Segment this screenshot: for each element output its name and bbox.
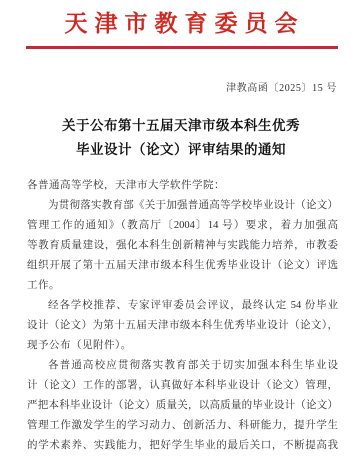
salutation-line: 各普通高等学校，天津市大学软件学院：	[27, 176, 338, 196]
document-reference-number: 津教高函〔2025〕15 号	[0, 82, 362, 96]
document-title: 关于公布第十五届天津市级本科生优秀 毕业设计（论文）评审结果的通知	[0, 114, 362, 162]
body-text-line: 现予公布（见附件）。	[27, 336, 338, 356]
body-text-line: 设计（论文）为第十五届天津市级本科生优秀毕业设计（论文），	[27, 316, 338, 336]
document-page: 天津市教育委员会 津教高函〔2025〕15 号 关于公布第十五届天津市级本科生优…	[0, 0, 362, 466]
body-text-line: 各普通高校应贯彻落实教育部关于切实加强本科生毕业设	[27, 356, 338, 376]
body-text-line: 管理工作的通知》（教高厅〔2004〕14 号）要求，着力加强高	[27, 216, 338, 236]
red-divider-line	[26, 46, 338, 49]
body-text-line: 等教育质量建设，强化本科生创新精神与实践能力培养，市教委	[27, 236, 338, 256]
body-text-line: 为贯彻落实教育部《关于加强普通高等学校毕业设计（论文）	[27, 196, 338, 216]
body-text-line: 计（论文）工作的部署，认真做好本科毕业设计（论文）管理，	[27, 376, 338, 396]
body-text-line: 的学术素养、实践能力，把好学生毕业的最后关口，不断提高我	[27, 436, 338, 456]
issuing-authority-heading: 天津市教育委员会	[0, 9, 362, 39]
paragraph-2: 经各学校推荐、专家评审委员会评议，最终认定 54 份毕业 设计（论文）为第十五届…	[27, 296, 338, 356]
body-text-line: 组织开展了第十五届天津市级本科生优秀毕业设计（论文）评选	[27, 256, 338, 276]
body-text-line: 工作。	[27, 276, 338, 296]
body-text-line: 严把本科毕业设计（论文）质量关，以高质量的毕业设计（论文）	[27, 396, 338, 416]
document-title-line-1: 关于公布第十五届天津市级本科生优秀	[0, 114, 362, 138]
paragraph-1: 为贯彻落实教育部《关于加强普通高等学校毕业设计（论文） 管理工作的通知》（教高厅…	[27, 196, 338, 296]
body-text-line: 管理工作激发学生的学习动力、创新活力、科研能力，提升学生	[27, 416, 338, 436]
document-title-line-2: 毕业设计（论文）评审结果的通知	[0, 138, 362, 162]
body-text-line: 经各学校推荐、专家评审委员会评议，最终认定 54 份毕业	[27, 296, 338, 316]
paragraph-3: 各普通高校应贯彻落实教育部关于切实加强本科生毕业设 计（论文）工作的部署，认真做…	[27, 356, 338, 456]
document-body: 各普通高等学校，天津市大学软件学院： 为贯彻落实教育部《关于加强普通高等学校毕业…	[27, 176, 338, 456]
